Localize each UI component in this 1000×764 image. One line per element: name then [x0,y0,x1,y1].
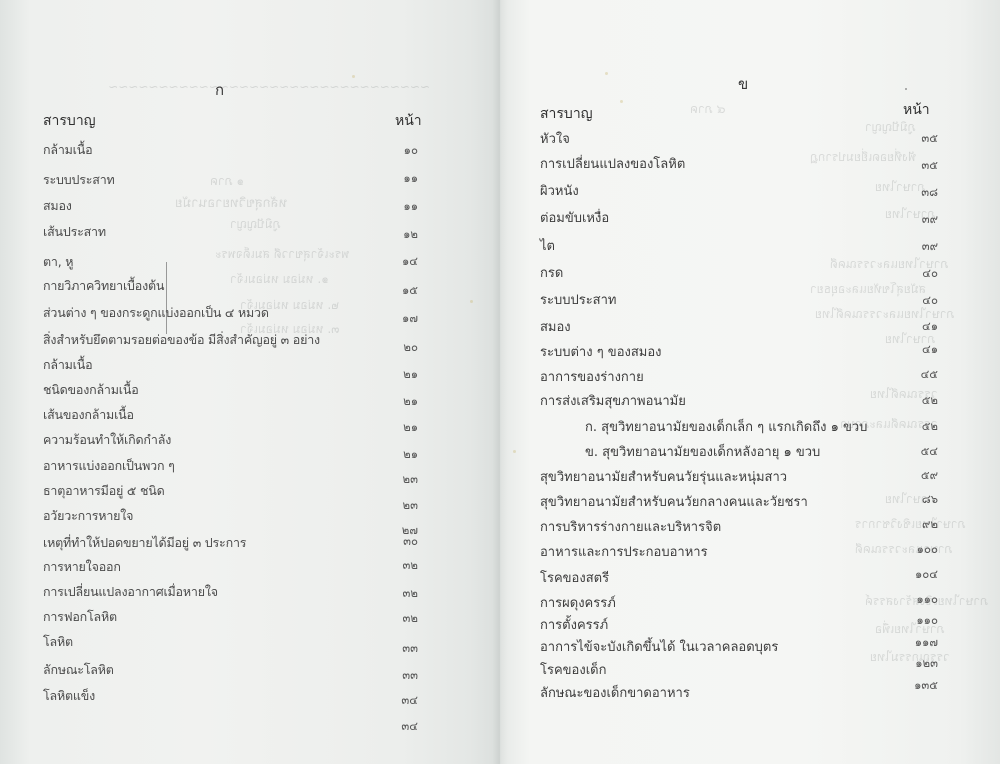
toc-entry: การตั้งครรภ์ [540,614,608,635]
toc-entry: สิ่งสำหรับยึดตามรอยต่อของข้อ มีสิ่งสำคัญ… [43,330,320,350]
toc-page-number: ๓๐ [403,533,418,551]
toc-entry: อาหารแบ่งออกเป็นพวก ๆ [43,456,175,476]
bleed-through-text: สมัยสุโขทัยและอยุธยา [810,280,926,299]
toc-page-number: ๑๗ [402,310,418,328]
toc-entry: ธาตุอาหารมีอยู่ ๕ ชนิด [43,481,165,501]
bleed-through-text: ฟังที่ยอดเยี่ยมปรากฏ [810,148,917,167]
paper-stain [905,88,907,90]
toc-page-number: ๕๒ [922,418,938,436]
toc-entry: การส่งเสริมสุขภาพอนามัย [540,390,686,411]
toc-page-number: ๑๐๔ [915,566,938,584]
paper-stain [352,75,355,78]
page-folio: ก [215,78,224,102]
toc-entry: ส่วนต่าง ๆ ของกระดูกแบ่งออกเป็น ๔ หมวด [43,303,269,323]
toc-page-heading: หน้า [395,110,422,132]
toc-page-number: ๒๑ [403,366,418,384]
toc-entry: หัวใจ [540,128,570,149]
toc-entry: การฟอกโลหิต [43,607,117,627]
toc-entry: การเปลี่ยนแปลงของโลหิต [540,153,685,174]
toc-page-number: ๑๑ [403,198,418,216]
bleed-through-text: ภูมิปัญญา [230,215,281,234]
toc-entry: ผิวหนัง [540,180,579,201]
bleed-through-text: ๑. หม่อม หม่อมเจ้า [230,270,329,289]
toc-entry: เหตุที่ทำให้ปอดขยายได้มีอยู่ ๓ ประการ [43,533,246,553]
toc-entry: กล้ามเนื้อ [43,140,92,160]
toc-entry: อาการไข้จะบังเกิดขึ้นได้ ในเวลาคลอดบุตร [540,636,778,657]
toc-subentry: ข. สุขวิทยาอนามัยของเด็กหลังอายุ ๑ ขวบ [585,441,820,462]
toc-page-number: ๓๘ [921,184,938,202]
toc-page-number: ๒๓ [403,497,418,515]
paper-stain [513,450,516,453]
bleed-through-text: พระเจ้าสุขาวดี สมเด็จพระ [215,245,349,264]
bleed-through-text: ๔ ภาค [690,100,726,119]
toc-page-number: ๓๓ [402,667,418,685]
toc-entry: โลหิตแข็ง [43,686,95,706]
toc-heading: สารบาญ [43,110,96,132]
toc-page-number: ๓๕ [921,157,938,175]
toc-page-number: ๑๑๗ [915,634,938,652]
toc-subentry: ก. สุขวิทยาอนามัยของเด็กเล็ก ๆ แรกเกิดถึ… [585,416,867,437]
toc-entry: การผดุงครรภ์ [540,592,616,613]
toc-page-number: ๓๔ [401,692,418,710]
toc-entry: โรคของเด็ก [540,659,606,680]
toc-page-number: ๘๖ [922,491,938,509]
toc-page-number: ๑๐๐ [917,541,938,559]
toc-page-number: ๑๓๕ [914,677,938,695]
bleed-through-text: ~~~~~~~~~~~~~~~~~~~~~~~~~~~~~~~~ [150,80,430,94]
toc-entry: ไต [540,235,555,256]
page-folio: ข [738,72,748,96]
toc-page-number: ๔๐ [922,292,938,310]
bleed-through-text: หลักสุขวิทยาอนามัย [175,192,287,213]
toc-page-number: ๑๕ [402,282,418,300]
toc-entry: ตา, หู [43,252,73,272]
pencil-mark [166,262,167,334]
toc-entry: โลหิต [43,632,73,652]
toc-entry: ความร้อนทำให้เกิดกำลัง [43,430,171,450]
toc-page-number: ๒๓ [403,471,418,489]
toc-page-number: ๑๑๐ [916,591,938,609]
toc-entry: ชนิดของกล้ามเนื้อ [43,380,139,400]
toc-page-number: ๑๒ [403,226,418,244]
toc-page-number: ๓๓ [402,640,418,658]
toc-page-number: ๒๐ [403,339,418,357]
toc-entry: โรคของสตรี [540,567,609,588]
toc-entry: การบริหารร่างกายและบริหารจิต [540,516,721,537]
bleed-through-text: ภาษาไทย [875,178,925,197]
toc-page-number: ๒๑ [403,419,418,437]
toc-page-number: ๕๒ [922,392,938,410]
toc-page-number: ๑๔ [402,253,418,271]
toc-entry: กรด [540,262,563,283]
toc-page-number: ๓๒ [403,610,418,628]
right-page: ๔ ภาค ภูมิปัญญา ฟังที่ยอดเยี่ยมปรากฏ ภาษ… [500,0,1000,764]
toc-page-number: ๑๐ [404,142,418,160]
toc-entry: การหายใจออก [43,557,121,577]
toc-entry: ระบบประสาท [540,289,617,310]
toc-page-number: ๓๕ [921,130,938,148]
toc-page-number: ๓๔ [401,718,418,736]
toc-page-heading: หน้า [903,99,930,121]
toc-page-number: ๒๑ [403,393,418,411]
book-spread: ~~~~~~~~~~~~~~~~~~~~~~~~~~~~~~~~ ๑ ภาค ห… [0,0,1000,764]
toc-entry: กล้ามเนื้อ [43,355,92,375]
toc-heading: สารบาญ [540,103,593,125]
toc-page-number: ๙๒ [922,516,938,534]
bleed-through-text: ๑ ภาค [210,172,244,191]
toc-entry: สุขวิทยาอนามัยสำหรับคนวัยกลางคนและวัยชรา [540,491,808,512]
toc-entry: กายวิภาควิทยาเบื้องต้น [43,276,164,296]
toc-entry: อาหารและการประกอบอาหาร [540,541,708,562]
toc-page-number: ๔๐ [922,265,938,283]
toc-entry: สมอง [540,316,571,337]
toc-entry: ต่อมขับเหงื่อ [540,207,609,228]
toc-entry: การเปลี่ยนแปลงอากาศเมื่อหายใจ [43,582,218,602]
toc-page-number: ๑๒๓ [915,655,938,673]
toc-entry: เส้นของกล้ามเนื้อ [43,405,134,425]
toc-page-number: ๓๒ [403,557,418,575]
toc-page-number: ๓๙ [922,238,938,256]
toc-entry: อวัยวะการหายใจ [43,506,133,526]
toc-entry: สมอง [43,196,72,216]
toc-entry: ระบบประสาท [43,170,115,190]
toc-page-number: ๕๔ [921,443,938,461]
toc-page-number: ๕๙ [921,467,938,485]
toc-page-number: ๒๑ [403,446,418,464]
toc-page-number: ๑๑๐ [916,612,938,630]
toc-page-number: ๓๒ [403,585,418,603]
toc-page-number: ๔๕ [921,366,938,384]
toc-entry: ลักษณะโลหิต [43,660,114,680]
toc-entry: เส้นประสาท [43,222,106,242]
paper-stain [470,300,473,303]
toc-page-number: ๑๑ [403,170,418,188]
toc-entry: สุขวิทยาอนามัยสำหรับคนวัยรุ่นและหนุ่มสาว [540,466,787,487]
toc-page-number: ๔๑ [922,341,938,359]
paper-stain [605,72,608,75]
left-page: ~~~~~~~~~~~~~~~~~~~~~~~~~~~~~~~~ ๑ ภาค ห… [0,0,500,764]
toc-page-number: ๓๙ [922,211,938,229]
toc-entry: ระบบต่าง ๆ ของสมอง [540,341,662,362]
paper-stain [620,100,623,103]
toc-entry: อาการของร่างกาย [540,366,644,387]
bleed-through-text: ภาษาไทยเชิงวิชาการ [855,515,965,534]
toc-page-number: ๔๑ [922,318,938,336]
toc-entry: ลักษณะของเด็กขาดอาหาร [540,682,690,703]
